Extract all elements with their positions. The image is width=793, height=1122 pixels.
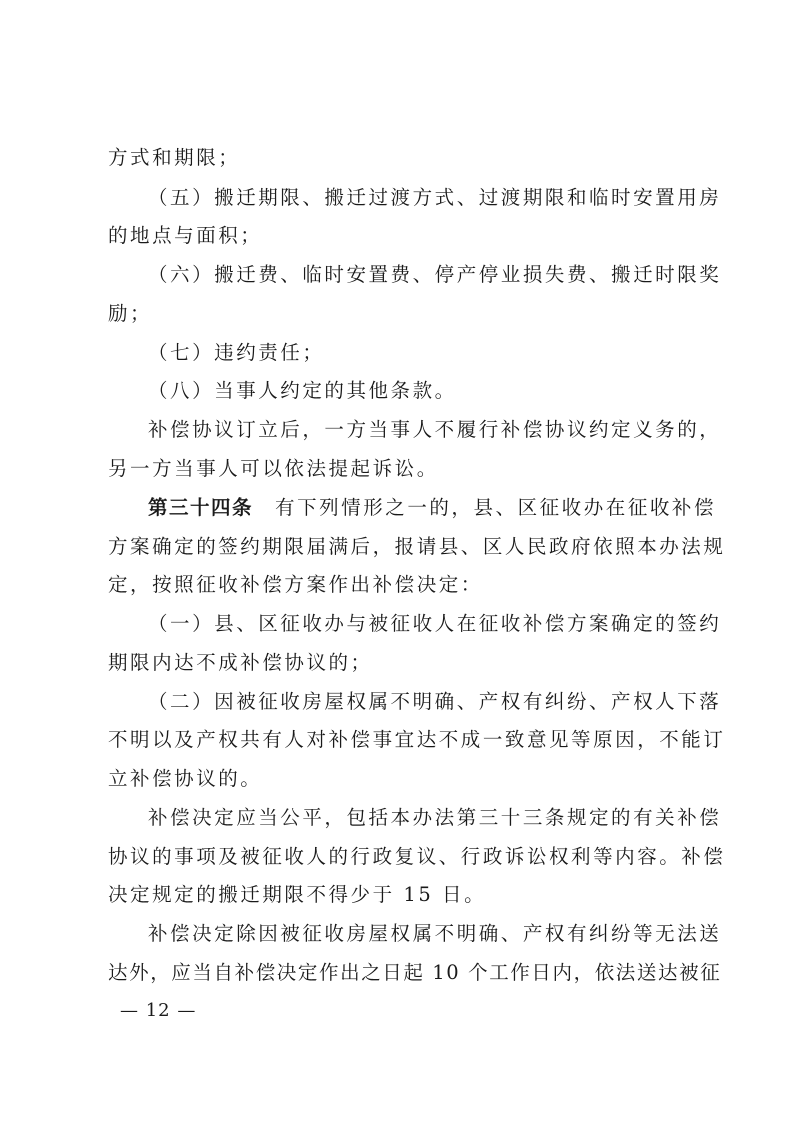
article-heading: 第三十四条	[148, 496, 253, 519]
document-page: 方式和期限； （五）搬迁期限、搬迁过渡方式、过渡期限和临时安置用房 的地点与面积…	[0, 0, 793, 1122]
text-line: （一）县、区征收办与被征收人在征收补偿方案确定的签约	[148, 612, 738, 636]
text-line: 励；	[108, 302, 698, 326]
text-line: 的地点与面积；	[108, 224, 698, 248]
text-line: （二）因被征收房屋权属不明确、产权有纠纷、产权人下落	[148, 690, 738, 714]
text-line: 方案确定的签约期限届满后，报请县、区人民政府依照本办法规	[108, 535, 698, 559]
text-line: 补偿协议订立后，一方当事人不履行补偿协议约定义务的，	[148, 418, 738, 442]
text-line: 另一方当事人可以依法提起诉讼。	[108, 457, 698, 481]
text-line: 期限内达不成补偿协议的；	[108, 651, 698, 675]
page-number: — 12 —	[120, 1000, 196, 1021]
text-line: 立补偿协议的。	[108, 767, 698, 791]
text-line: 不明以及产权共有人对补偿事宜达不成一致意见等原因，不能订	[108, 728, 698, 752]
text-line: 补偿决定除因被征收房屋权属不明确、产权有纠纷等无法送	[148, 922, 738, 946]
text-line: （五）搬迁期限、搬迁过渡方式、过渡期限和临时安置用房	[148, 186, 738, 210]
text-line: 达外，应当自补偿决定作出之日起 10 个工作日内，依法送达被征	[108, 961, 698, 985]
text-line: 补偿决定应当公平，包括本办法第三十三条规定的有关补偿	[148, 806, 738, 830]
article-text: 有下列情形之一的，县、区征收办在征收补偿	[275, 496, 716, 519]
text-line: 协议的事项及被征收人的行政复议、行政诉讼权利等内容。补偿	[108, 845, 698, 869]
text-line: 方式和期限；	[108, 146, 698, 170]
text-line: （六）搬迁费、临时安置费、停产停业损失费、搬迁时限奖	[148, 263, 738, 287]
text-line: （七）违约责任；	[148, 341, 738, 365]
text-line: 决定规定的搬迁期限不得少于 15 日。	[108, 883, 698, 907]
article-line: 第三十四条有下列情形之一的，县、区征收办在征收补偿	[148, 496, 738, 520]
text-line: 定，按照征收补偿方案作出补偿决定：	[108, 573, 698, 597]
text-line: （八）当事人约定的其他条款。	[148, 379, 738, 403]
